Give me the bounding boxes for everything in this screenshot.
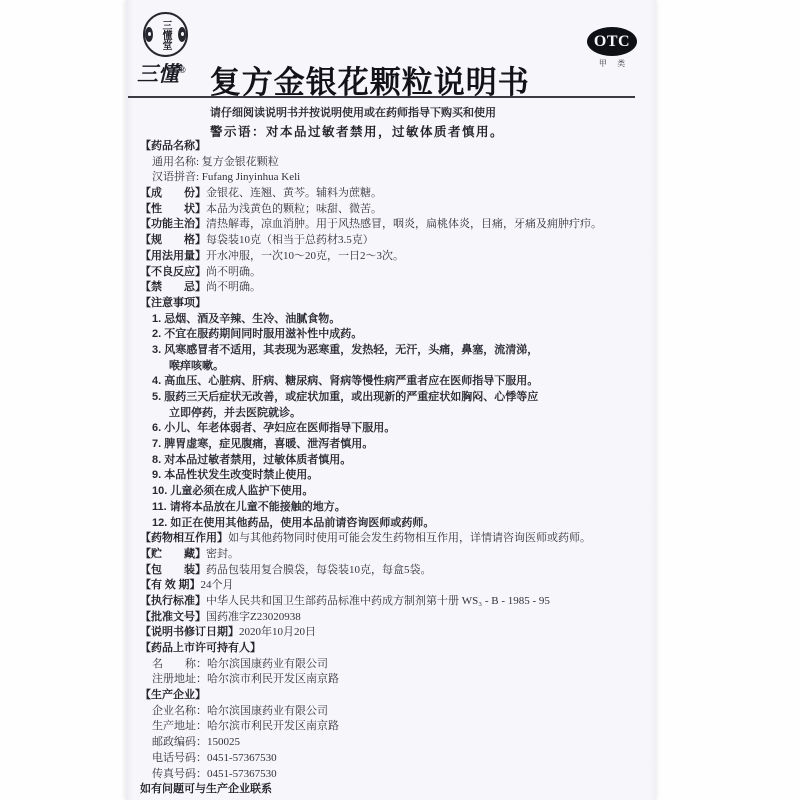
leaflet-scan: 三懂堂 三懂® OTC 甲 类 复方金银花颗粒说明书 请仔细阅读说明书并按说明使… <box>0 0 800 800</box>
section-text: 尚不明确。 <box>206 266 261 278</box>
text-line: 9. 本品性状发生改变时禁止使用。 <box>126 468 656 484</box>
section-line: 【生产企业】 <box>126 688 656 704</box>
text-line: 通用名称: 复方金银花颗粒 <box>126 155 656 171</box>
brand-name-script: 三懂 <box>137 62 179 86</box>
section-text: 尚不明确。 <box>206 281 261 293</box>
emblem-characters: 三懂堂 <box>160 20 171 50</box>
otc-badge: OTC <box>587 27 637 56</box>
section-text: 密封。 <box>206 548 239 560</box>
text-line: 如有问题可与生产企业联系 <box>126 782 656 798</box>
text-line: 生产地址：哈尔滨市利民开发区南京路 <box>126 719 656 735</box>
section-line: 【批准文号】国药准字Z23020938 <box>126 610 656 626</box>
leaflet-sheet: 三懂堂 三懂® OTC 甲 类 复方金银花颗粒说明书 请仔细阅读说明书并按说明使… <box>126 0 656 800</box>
section-line: 【功能主治】清热解毒，凉血消肿。用于风热感冒，咽炎，扁桃体炎，目痛，牙痛及痈肿疔… <box>126 217 656 233</box>
section-label: 【药品上市许可持有人】 <box>140 642 261 654</box>
text-line: 8. 对本品过敏者禁用，过敏体质者慎用。 <box>126 453 656 469</box>
text-line: 喉痒咳嗽。 <box>126 359 656 375</box>
section-line: 【禁 忌】尚不明确。 <box>126 280 656 296</box>
brand-emblem: 三懂堂 <box>143 12 188 57</box>
text-line: 4. 高血压、心脏病、肝病、糖尿病、肾病等慢性病严重者应在医师指导下服用。 <box>126 374 656 390</box>
text-line: 传真号码：0451-57367530 <box>126 767 656 783</box>
section-label: 【成 份】 <box>140 187 206 199</box>
section-line: 【规 格】每袋装10克（相当于总药材3.5克） <box>126 233 656 249</box>
section-text: 药品包装用复合膜袋，每袋装10克，每盒5袋。 <box>206 564 432 576</box>
text-line: 7. 脾胃虚寒，症见腹痛，喜暖、泄泻者慎用。 <box>126 437 656 453</box>
warning-statement: 警示语：对本品过敏者禁用，过敏体质者慎用。 <box>210 122 504 140</box>
text-line: 企业名称：哈尔滨国康药业有限公司 <box>126 704 656 720</box>
section-line: 【药品上市许可持有人】 <box>126 641 656 657</box>
section-label: 【贮 藏】 <box>140 548 206 560</box>
text-line: 6. 小儿、年老体弱者、孕妇应在医师指导下服用。 <box>126 421 656 437</box>
text-line: 2. 不宜在服药期间同时服用滋补性中成药。 <box>126 327 656 343</box>
section-line: 【有 效 期】24个月 <box>126 578 656 594</box>
text-line: 3. 风寒感冒者不适用，其表现为恶寒重，发热轻，无汗，头痛，鼻塞，流清涕， <box>126 343 656 359</box>
text-line: 12. 如正在使用其他药品，使用本品前请咨询医师或药师。 <box>126 516 656 532</box>
emblem-ornament-right-icon <box>178 27 186 42</box>
section-label: 【用法用量】 <box>140 250 206 262</box>
section-label: 【不良反应】 <box>140 266 206 278</box>
text-line: 邮政编码：150025 <box>126 735 656 751</box>
text-line: 电话号码：0451-57367530 <box>126 751 656 767</box>
section-text: 每袋装10克（相当于总药材3.5克） <box>206 234 374 246</box>
section-text: 中华人民共和国卫生部药品标准中药成方制剂第十册 WS₃ - B - 1985 -… <box>206 595 550 607</box>
section-line: 【成 份】金银花、连翘、黄芩。辅料为蔗糖。 <box>126 186 656 202</box>
section-label: 【包 装】 <box>140 564 206 576</box>
text-line: 5. 服药三天后症状无改善，或症状加重，或出现新的严重症状如胸闷、心悸等应 <box>126 390 656 406</box>
section-text: 如与其他药物同时使用可能会发生药物相互作用，详情请咨询医师或药师。 <box>228 532 591 544</box>
section-label: 【禁 忌】 <box>140 281 206 293</box>
section-line: 【性 状】本品为浅黄色的颗粒；味甜、微苦。 <box>126 202 656 218</box>
section-label: 【药物相互作用】 <box>140 532 228 544</box>
text-line: 11. 请将本品放在儿童不能接触的地方。 <box>126 500 656 516</box>
section-label: 【有 效 期】 <box>140 579 201 591</box>
section-text: 国药准字Z23020938 <box>206 611 301 623</box>
section-line: 【药品名称】 <box>126 139 656 155</box>
section-text: 金银花、连翘、黄芩。辅料为蔗糖。 <box>206 187 382 199</box>
section-line: 【贮 藏】密封。 <box>126 547 656 563</box>
section-line: 【执行标准】中华人民共和国卫生部药品标准中药成方制剂第十册 WS₃ - B - … <box>126 594 656 610</box>
section-line: 【药物相互作用】如与其他药物同时使用可能会发生药物相互作用，详情请咨询医师或药师… <box>126 531 656 547</box>
section-label: 【执行标准】 <box>140 595 206 607</box>
section-text: 清热解毒，凉血消肿。用于风热感冒，咽炎，扁桃体炎，目痛，牙痛及痈肿疔疖。 <box>206 218 602 230</box>
text-line: 汉语拼音: Fufang Jinyinhua Keli <box>126 170 656 186</box>
emblem-ornament-left-icon <box>145 27 153 42</box>
section-label: 【药品名称】 <box>140 140 206 152</box>
section-text: 2020年10月20日 <box>239 626 316 638</box>
text-line: 注册地址：哈尔滨市利民开发区南京路 <box>126 672 656 688</box>
brand-name: 三懂® <box>137 58 186 88</box>
section-line: 【注意事项】 <box>126 296 656 312</box>
section-line: 【说明书修订日期】2020年10月20日 <box>126 625 656 641</box>
title-divider <box>128 96 635 98</box>
document-body: 【药品名称】通用名称: 复方金银花颗粒汉语拼音: Fufang Jinyinhu… <box>126 139 656 798</box>
registered-mark: ® <box>179 65 186 75</box>
text-line: 立即停药，并去医院就诊。 <box>126 406 656 422</box>
section-text: 本品为浅黄色的颗粒；味甜、微苦。 <box>206 203 382 215</box>
section-label: 【规 格】 <box>140 234 206 246</box>
section-label: 【生产企业】 <box>140 689 206 701</box>
section-label: 【批准文号】 <box>140 611 206 623</box>
section-line: 【用法用量】开水冲服，一次10～20克，一日2～3次。 <box>126 249 656 265</box>
section-text: 开水冲服，一次10～20克，一日2～3次。 <box>206 250 404 262</box>
text-line: 名 称：哈尔滨国康药业有限公司 <box>126 657 656 673</box>
text-line: 1. 忌烟、酒及辛辣、生冷、油腻食物。 <box>126 312 656 328</box>
read-instructions-notice: 请仔细阅读说明书并按说明使用或在药师指导下购买和使用 <box>210 104 496 120</box>
section-line: 【包 装】药品包装用复合膜袋，每袋装10克，每盒5袋。 <box>126 563 656 579</box>
otc-grade: 甲 类 <box>585 58 639 69</box>
section-line: 【不良反应】尚不明确。 <box>126 265 656 281</box>
section-text: 24个月 <box>201 579 234 591</box>
section-label: 【性 状】 <box>140 203 206 215</box>
section-label: 【说明书修订日期】 <box>140 626 239 638</box>
section-label: 【功能主治】 <box>140 218 206 230</box>
section-label: 【注意事项】 <box>140 297 206 309</box>
text-line: 10. 儿童必须在成人监护下使用。 <box>126 484 656 500</box>
